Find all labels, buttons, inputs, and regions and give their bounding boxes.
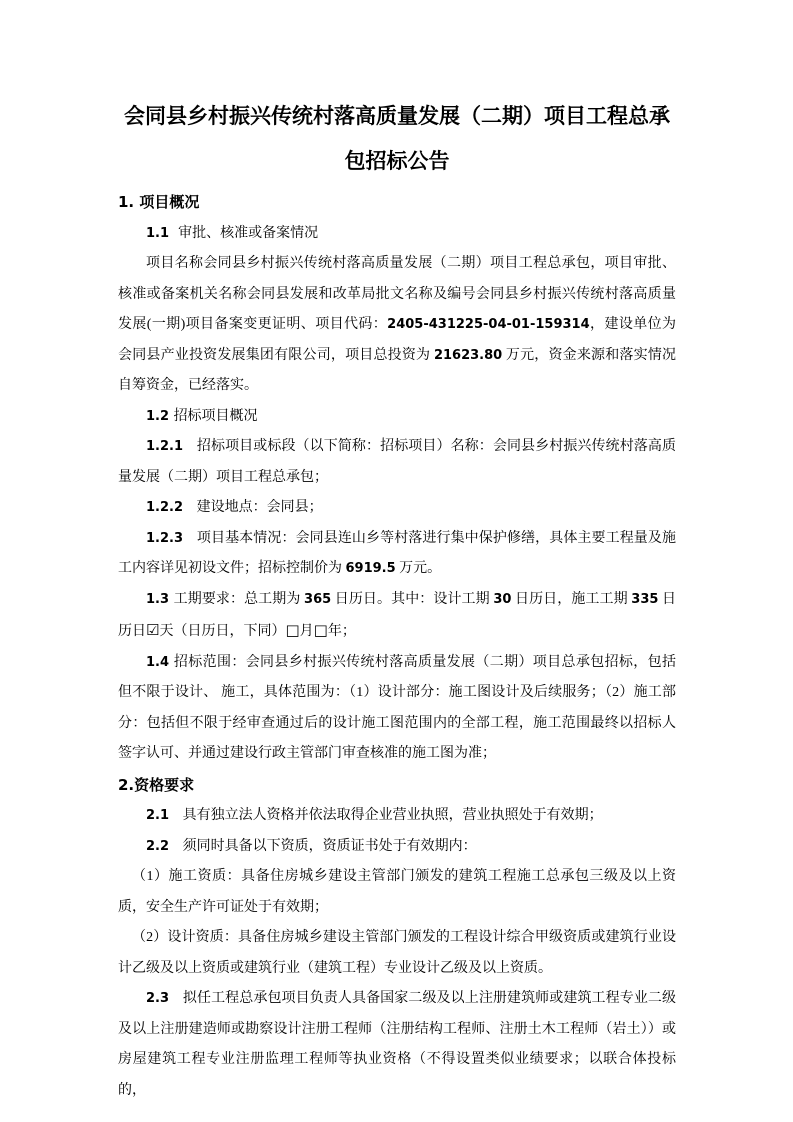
section-heading-project-overview: 1. 项目概况: [118, 187, 676, 219]
paragraph-project-approval-detail: 项目名称会同县乡村振兴传统村落高质量发展（二期）项目工程总承包，项目审批、核准或…: [118, 249, 676, 402]
clause-1-2-2-location: 1.2.2 建设地点：会同县；: [118, 493, 676, 524]
body-text: 万元。: [396, 561, 442, 576]
number-text: 365: [304, 592, 331, 607]
body-text: 年；: [328, 624, 356, 639]
clause-1-3-duration: 1.3 工期要求：总工期为 365 日历日。其中：设计工期 30 日历日，施工工…: [118, 585, 676, 648]
document-body: 1. 项目概况1.1 审批、核准或备案情况项目名称会同县乡村振兴传统村落高质量发…: [118, 187, 676, 1106]
number-text: 2.1: [146, 808, 183, 823]
clause-1-4-scope: 1.4 招标范围：会同县乡村振兴传统村落高质量发展（二期）项目总承包招标，包括但…: [118, 648, 676, 770]
body-text: 招标项目或标段（以下简称：招标项目）名称：会同县乡村振兴传统村落高质量发展（二期…: [118, 439, 676, 485]
number-text: 1.4: [146, 655, 174, 670]
checkbox-empty-year-icon: □: [314, 621, 328, 639]
document-page: 会同县乡村振兴传统村落高质量发展（二期）项目工程总承包招标公告 1. 项目概况1…: [0, 0, 793, 1122]
clause-1-2-3-basic-info: 1.2.3 项目基本情况：会同县连山乡等村落进行集中保护修缮，具体主要工程量及施…: [118, 524, 676, 585]
clause-1-2-tender-overview: 1.2 招标项目概况: [118, 402, 676, 433]
checkbox-empty-month-icon: □: [285, 621, 299, 639]
number-text: 1.2.2: [146, 500, 197, 515]
clause-2-1-legal-person: 2.1 具有独立法人资格并依法取得企业营业执照，营业执照处于有效期；: [118, 801, 676, 832]
body-text: 日历日，施工工期: [511, 592, 631, 607]
number-text: 2.3: [146, 991, 183, 1006]
number-text: 1.: [118, 193, 139, 211]
number-text: 1.1: [146, 226, 178, 241]
body-text: 拟任工程总承包项目负责人具备国家二级及以上注册建筑师或建筑工程专业二级及以上注册…: [118, 991, 676, 1098]
body-text: 天（日历日，下同）: [159, 624, 285, 639]
body-text: （2）设计资质：具备住房城乡建设主管部门颁发的工程设计综合甲级资质或建筑行业设计…: [118, 930, 676, 976]
section-heading-qualification: 2.资格要求: [118, 770, 676, 802]
body-text: 资格要求: [134, 778, 194, 794]
body-text: 招标范围：会同县乡村振兴传统村落高质量发展（二期）项目总承包招标，包括但不限于设…: [118, 655, 676, 762]
body-text: 工期要求：总工期为: [174, 592, 304, 607]
number-text: 1.3: [146, 592, 174, 607]
number-text: 1.2.1: [146, 439, 197, 454]
item-construction-qualification: （1）施工资质：具备住房城乡建设主管部门颁发的建筑工程施工总承包三级及以上资质，…: [118, 862, 676, 923]
number-text: 30: [493, 592, 511, 607]
item-design-qualification: （2）设计资质：具备住房城乡建设主管部门颁发的工程设计综合甲级资质或建筑行业设计…: [118, 923, 676, 984]
number-text: 335: [631, 592, 658, 607]
number-text: 2.: [118, 776, 134, 794]
document-title: 会同县乡村振兴传统村落高质量发展（二期）项目工程总承包招标公告: [118, 94, 676, 184]
body-text: 建设地点：会同县；: [197, 500, 323, 515]
body-text: 具有独立法人资格并依法取得企业营业执照，营业执照处于有效期；: [183, 808, 603, 823]
checkbox-checked-icon: ☑: [146, 621, 159, 639]
clause-1-1-approval-status: 1.1 审批、核准或备案情况: [118, 219, 676, 250]
clause-2-3-project-leader: 2.3 拟任工程总承包项目负责人具备国家二级及以上注册建筑师或建筑工程专业二级及…: [118, 984, 676, 1106]
number-text: 2.2: [146, 839, 183, 854]
body-text: 招标项目概况: [174, 409, 258, 424]
body-text: 日历日。其中：设计工期: [331, 592, 493, 607]
body-text: 月: [300, 624, 314, 639]
clause-1-2-1-tender-name: 1.2.1 招标项目或标段（以下简称：招标项目）名称：会同县乡村振兴传统村落高质…: [118, 432, 676, 493]
number-text: 6919.5: [346, 561, 396, 576]
number-text: 1.2.3: [146, 531, 197, 546]
number-text: 2405-431225-04-01-159314: [387, 317, 590, 332]
clause-2-2-qualifications: 2.2 须同时具备以下资质，资质证书处于有效期内：: [118, 832, 676, 863]
body-text: 审批、核准或备案情况: [178, 226, 318, 241]
body-text: 项目概况: [139, 195, 199, 211]
number-text: 1.2: [146, 409, 174, 424]
body-text: 须同时具备以下资质，资质证书处于有效期内：: [183, 839, 477, 854]
body-text: （1）施工资质：具备住房城乡建设主管部门颁发的建筑工程施工总承包三级及以上资质，…: [118, 869, 676, 915]
number-text: 21623.80: [434, 348, 502, 363]
